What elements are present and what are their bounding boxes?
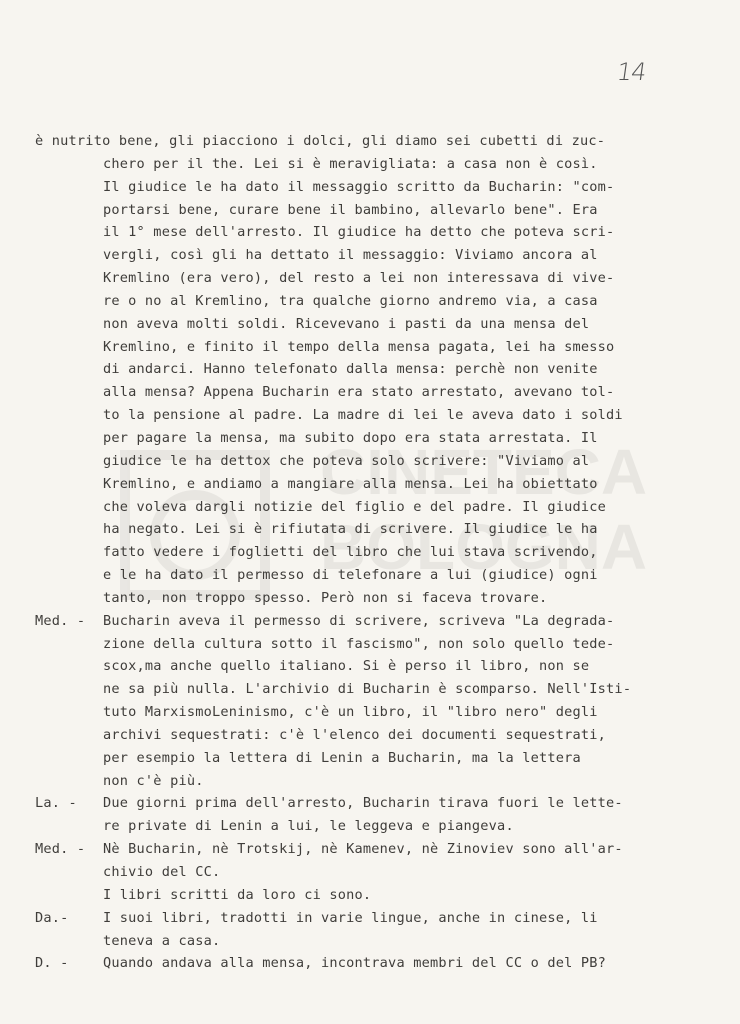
line-text: re o no al Kremlino, tra qualche giorno … [103,290,598,313]
transcript-line: tanto, non troppo spesso. Però non si fa… [0,587,740,610]
line-text: re private di Lenin a lui, le leggeva e … [103,815,514,838]
line-text: Due giorni prima dell'arresto, Bucharin … [103,792,623,815]
transcript-line: chivio del CC. [0,861,740,884]
transcript-line: tuto MarxismoLeninismo, c'è un libro, il… [0,701,740,724]
speaker-label: Med. - [35,838,85,861]
line-text: alla mensa? Appena Bucharin era stato ar… [103,381,614,404]
line-text: chero per il the. Lei si è meravigliata:… [103,153,598,176]
line-text: e le ha dato il permesso di telefonare a… [103,564,598,587]
line-text: Kremlino, e andiamo a mangiare alla mens… [103,473,598,496]
line-text: fatto vedere i foglietti del libro che l… [103,541,598,564]
transcript-line: re o no al Kremlino, tra qualche giorno … [0,290,740,313]
transcript-line: è nutrito bene, gli piacciono i dolci, g… [0,130,740,153]
transcript-line: chero per il the. Lei si è meravigliata:… [0,153,740,176]
line-text: ne sa più nulla. L'archivio di Bucharin … [103,678,631,701]
speaker-label: Da.- [35,907,69,930]
line-text: scox,ma anche quello italiano. Si è pers… [103,655,589,678]
line-text: è nutrito bene, gli piacciono i dolci, g… [35,130,605,153]
transcript-line: di andarci. Hanno telefonato dalla mensa… [0,358,740,381]
speaker-label: La. - [35,792,77,815]
transcript-line: per pagare la mensa, ma subito dopo era … [0,427,740,450]
transcript-line: non c'è più. [0,770,740,793]
transcript-line: fatto vedere i foglietti del libro che l… [0,541,740,564]
transcript-line: vergli, così gli ha dettato il messaggio… [0,244,740,267]
transcript-body: è nutrito bene, gli piacciono i dolci, g… [0,130,740,975]
transcript-line: to la pensione al padre. La madre di lei… [0,404,740,427]
line-text: zione della cultura sotto il fascismo", … [103,633,614,656]
line-text: Quando andava alla mensa, incontrava mem… [103,952,606,975]
typewritten-page: 14 CINETECA BOLOGNA è nutrito bene, gli … [0,0,740,1024]
speaker-label: D. - [35,952,69,975]
transcript-line: D. -Quando andava alla mensa, incontrava… [0,952,740,975]
transcript-line: archivi sequestrati: c'è l'elenco dei do… [0,724,740,747]
transcript-line: Kremlino (era vero), del resto a lei non… [0,267,740,290]
transcript-line: I libri scritti da loro ci sono. [0,884,740,907]
line-text: chivio del CC. [103,861,220,884]
line-text: portarsi bene, curare bene il bambino, a… [103,199,598,222]
line-text: archivi sequestrati: c'è l'elenco dei do… [103,724,606,747]
line-text: teneva a casa. [103,930,220,953]
line-text: per pagare la mensa, ma subito dopo era … [103,427,598,450]
transcript-line: scox,ma anche quello italiano. Si è pers… [0,655,740,678]
transcript-line: Kremlino, e finito il tempo della mensa … [0,336,740,359]
transcript-line: La. -Due giorni prima dell'arresto, Buch… [0,792,740,815]
line-text: I suoi libri, tradotti in varie lingue, … [103,907,598,930]
line-text: giudice le ha dettox che poteva solo scr… [103,450,589,473]
transcript-line: per esempio la lettera di Lenin a Buchar… [0,747,740,770]
line-text: che voleva dargli notizie del figlio e d… [103,496,606,519]
line-text: Nè Bucharin, nè Trotskij, nè Kamenev, nè… [103,838,623,861]
line-text: Il giudice le ha dato il messaggio scrit… [103,176,614,199]
transcript-line: il 1° mese dell'arresto. Il giudice ha d… [0,221,740,244]
transcript-line: alla mensa? Appena Bucharin era stato ar… [0,381,740,404]
transcript-line: ne sa più nulla. L'archivio di Bucharin … [0,678,740,701]
line-text: tuto MarxismoLeninismo, c'è un libro, il… [103,701,598,724]
line-text: per esempio la lettera di Lenin a Buchar… [103,747,581,770]
transcript-line: re private di Lenin a lui, le leggeva e … [0,815,740,838]
line-text: ha negato. Lei si è rifiutata di scriver… [103,518,598,541]
line-text: Kremlino, e finito il tempo della mensa … [103,336,614,359]
line-text: non c'è più. [103,770,204,793]
transcript-line: che voleva dargli notizie del figlio e d… [0,496,740,519]
line-text: non aveva molti soldi. Ricevevano i past… [103,313,589,336]
transcript-line: portarsi bene, curare bene il bambino, a… [0,199,740,222]
transcript-line: non aveva molti soldi. Ricevevano i past… [0,313,740,336]
line-text: Bucharin aveva il permesso di scrivere, … [103,610,614,633]
handwritten-page-number: 14 [615,58,647,86]
transcript-line: ha negato. Lei si è rifiutata di scriver… [0,518,740,541]
transcript-line: zione della cultura sotto il fascismo", … [0,633,740,656]
line-text: vergli, così gli ha dettato il messaggio… [103,244,598,267]
transcript-line: Da.-I suoi libri, tradotti in varie ling… [0,907,740,930]
line-text: il 1° mese dell'arresto. Il giudice ha d… [103,221,614,244]
line-text: tanto, non troppo spesso. Però non si fa… [103,587,547,610]
line-text: I libri scritti da loro ci sono. [103,884,371,907]
line-text: to la pensione al padre. La madre di lei… [103,404,623,427]
speaker-label: Med. - [35,610,85,633]
transcript-line: Med. -Bucharin aveva il permesso di scri… [0,610,740,633]
transcript-line: teneva a casa. [0,930,740,953]
transcript-line: e le ha dato il permesso di telefonare a… [0,564,740,587]
transcript-line: giudice le ha dettox che poteva solo scr… [0,450,740,473]
transcript-line: Il giudice le ha dato il messaggio scrit… [0,176,740,199]
line-text: di andarci. Hanno telefonato dalla mensa… [103,358,598,381]
transcript-line: Med. -Nè Bucharin, nè Trotskij, nè Kamen… [0,838,740,861]
line-text: Kremlino (era vero), del resto a lei non… [103,267,614,290]
transcript-line: Kremlino, e andiamo a mangiare alla mens… [0,473,740,496]
